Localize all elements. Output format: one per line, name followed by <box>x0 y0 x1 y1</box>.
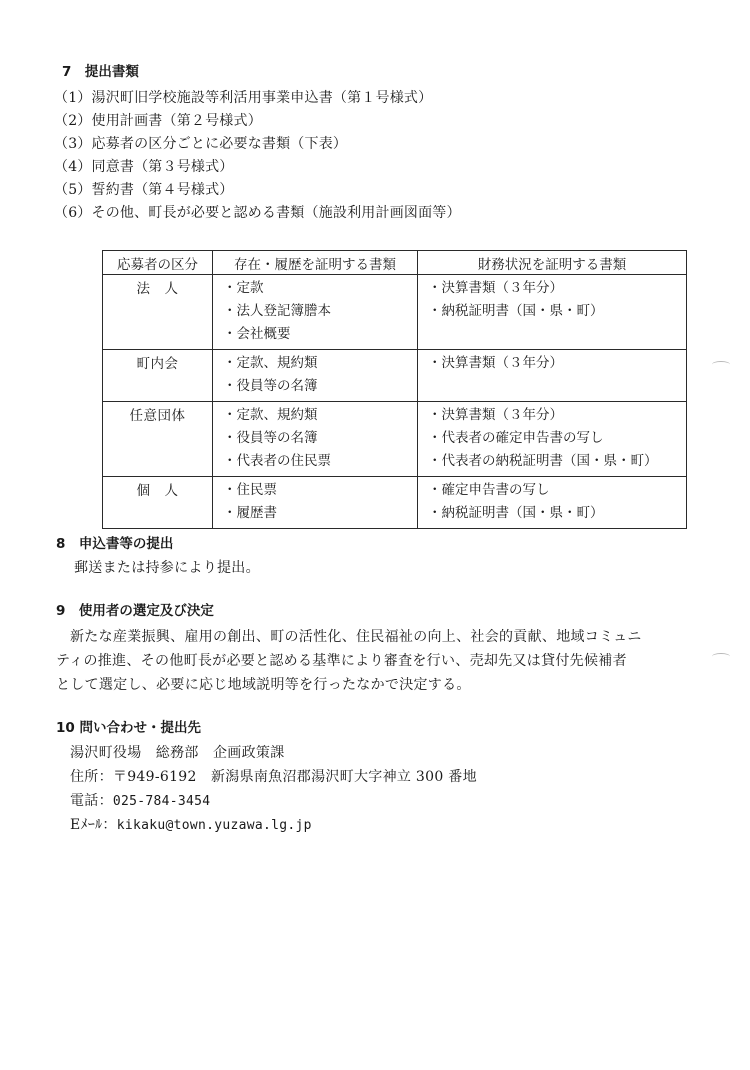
contact-address: 住所：〒949-6192 新潟県南魚沼郡湯沢町大字神立 300 番地 <box>70 770 477 784</box>
section-9-heading: 9 使用者の選定及び決定 <box>56 605 214 619</box>
existence-doc: ・役員等の名簿 <box>223 428 417 451</box>
email-value[interactable]: kikaku@town.yuzawa.lg.jp <box>117 818 312 833</box>
finance-doc: ・代表者の確定申告書の写し <box>428 428 686 451</box>
existence-doc: ・会社概要 <box>223 324 417 347</box>
document-page: 7 提出書類 （1）湯沢町旧学校施設等利活用事業申込書（第１号様式） （2）使用… <box>0 0 750 1070</box>
existence-doc: ・役員等の名簿 <box>223 376 417 399</box>
section-9-line-3: として選定し、必要に応じ地域説明等を行ったなかで決定する。 <box>56 678 471 692</box>
address-label: 住所： <box>70 769 113 785</box>
doc-item-6: （6）その他、町長が必要と認める書類（施設利用計画図面等） <box>54 206 461 220</box>
header-finance-documents: 財務状況を証明する書類 <box>418 251 687 275</box>
header-existence-documents: 存在・履歴を証明する書類 <box>213 251 418 275</box>
phone-label: 電話： <box>70 793 113 809</box>
finance-doc: ・確定申告書の写し <box>428 480 686 503</box>
email-label: Eﾒｰﾙ： <box>70 817 117 833</box>
doc-item-5: （5）誓約書（第４号様式） <box>54 183 234 197</box>
category-cell: 任意団体 <box>103 406 212 426</box>
doc-item-4: （4）同意書（第３号様式） <box>54 160 234 174</box>
section-7-heading: 7 提出書類 <box>62 66 139 80</box>
contact-email: Eﾒｰﾙ：kikaku@town.yuzawa.lg.jp <box>70 818 312 832</box>
existence-doc: ・法人登記簿謄本 <box>223 301 417 324</box>
existence-doc: ・定款、規約類 <box>223 405 417 428</box>
finance-doc: ・決算書類（３年分） <box>428 405 686 428</box>
table-row: 町内会 ・定款、規約類 ・役員等の名簿 ・決算書類（３年分） <box>103 350 687 402</box>
table-row: 個 人 ・住民票 ・履歴書 ・確定申告書の写し ・納税証明書（国・県・町） <box>103 477 687 529</box>
section-10-heading: 10 問い合わせ・提出先 <box>56 722 201 736</box>
table-row: 法 人 ・定款 ・法人登記簿謄本 ・会社概要 ・決算書類（３年分） ・納税証明書… <box>103 275 687 350</box>
finance-doc: ・納税証明書（国・県・町） <box>428 503 686 526</box>
punch-hole-mark <box>712 653 730 660</box>
section-9-line-1: 新たな産業振興、雇用の創出、町の活性化、住民福祉の向上、社会的貢献、地域コミュニ <box>70 630 642 644</box>
category-cell: 個 人 <box>103 481 212 501</box>
existence-doc: ・定款 <box>223 278 417 301</box>
existence-doc: ・定款、規約類 <box>223 353 417 376</box>
finance-doc: ・代表者の納税証明書（国・県・町） <box>428 451 686 474</box>
phone-value: 025-784-3454 <box>113 794 211 809</box>
finance-doc: ・決算書類（３年分） <box>428 278 686 301</box>
section-9-line-2: ティの推進、その他町長が必要と認める基準により審査を行い、売却先又は貸付先候補者 <box>56 654 627 668</box>
doc-item-3: （3）応募者の区分ごとに必要な書類（下表） <box>54 137 347 151</box>
existence-doc: ・代表者の住民票 <box>223 451 417 474</box>
category-cell: 法 人 <box>103 279 212 299</box>
existence-doc: ・履歴書 <box>223 503 417 526</box>
required-documents-table: 応募者の区分 存在・履歴を証明する書類 財務状況を証明する書類 法 人 ・定款 … <box>102 250 687 529</box>
contact-office: 湯沢町役場 総務部 企画政策課 <box>70 746 285 760</box>
table-row: 任意団体 ・定款、規約類 ・役員等の名簿 ・代表者の住民票 ・決算書類（３年分）… <box>103 402 687 477</box>
punch-hole-mark <box>712 361 730 368</box>
category-cell: 町内会 <box>103 354 212 374</box>
address-value: 〒949-6192 新潟県南魚沼郡湯沢町大字神立 300 番地 <box>113 769 477 785</box>
contact-phone: 電話：025-784-3454 <box>70 794 210 808</box>
finance-doc: ・決算書類（３年分） <box>428 353 686 376</box>
doc-item-2: （2）使用計画書（第２号様式） <box>54 114 262 128</box>
section-8-body: 郵送または持参により提出。 <box>74 561 260 575</box>
doc-item-1: （1）湯沢町旧学校施設等利活用事業申込書（第１号様式） <box>54 91 432 105</box>
table-header-row: 応募者の区分 存在・履歴を証明する書類 財務状況を証明する書類 <box>103 251 687 275</box>
header-applicant-category: 応募者の区分 <box>103 251 213 275</box>
section-8-heading: 8 申込書等の提出 <box>56 538 173 552</box>
finance-doc: ・納税証明書（国・県・町） <box>428 301 686 324</box>
existence-doc: ・住民票 <box>223 480 417 503</box>
